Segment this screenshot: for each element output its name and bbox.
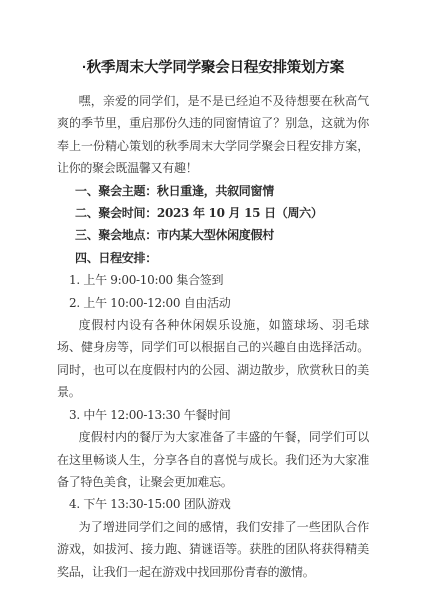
section-heading-time: 二、聚会时间：2023 年 10 月 15 日（周六） [57, 202, 369, 224]
schedule-item-3-detail: 度假村内的餐厅为大家准备了丰盛的午餐，同学们可以在这里畅谈人生，分享各自的喜悦与… [57, 426, 369, 493]
document-page: ·秋季周末大学同学聚会日程安排策划方案 嘿，亲爱的同学们，是不是已经迫不及待想要… [0, 0, 424, 600]
section-heading-schedule: 四、日程安排： [57, 247, 369, 269]
section-heading-location: 三、聚会地点：市内某大型休闲度假村 [57, 224, 369, 246]
schedule-item-3: 3. 中午 12:00-13:30 午餐时间 [57, 404, 369, 426]
schedule-item-4: 4. 下午 13:30-15:00 团队游戏 [57, 493, 369, 515]
schedule-item-2: 2. 上午 10:00-12:00 自由活动 [57, 292, 369, 314]
intro-paragraph: 嘿，亲爱的同学们，是不是已经迫不及待想要在秋高气爽的季节里，重启那份久违的同窗情… [57, 90, 369, 180]
schedule-item-2-detail: 度假村内设有各种休闲娱乐设施，如篮球场、羽毛球场、健身房等，同学们可以根据自己的… [57, 314, 369, 404]
section-heading-theme: 一、聚会主题：秋日重逢，共叙同窗情 [57, 180, 369, 202]
document-title: ·秋季周末大学同学聚会日程安排策划方案 [57, 57, 369, 80]
schedule-item-1: 1. 上午 9:00-10:00 集合签到 [57, 269, 369, 291]
schedule-item-4-detail: 为了增进同学们之间的感情，我们安排了一些团队合作游戏，如拔河、接力跑、猜谜语等。… [57, 516, 369, 583]
